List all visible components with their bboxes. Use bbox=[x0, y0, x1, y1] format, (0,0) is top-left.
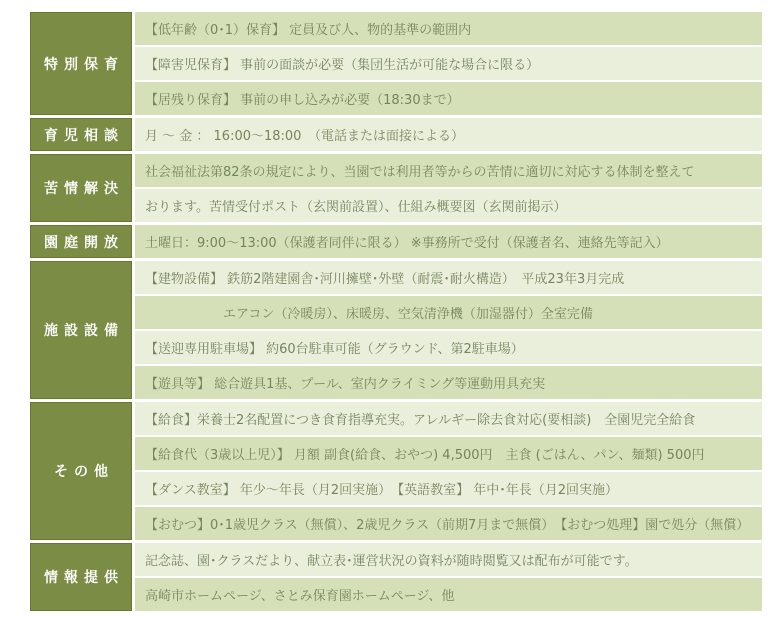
section-rows: 月 ～ 金 ： 16:00～18:00 （電話または面接による） bbox=[135, 118, 762, 151]
table-row: 【居残り保育】 事前の申し込みが必要（18:30まで） bbox=[135, 82, 762, 115]
section-header-playground-open: 園庭開放 bbox=[30, 225, 132, 258]
section-complaint-resolution: 苦情解決 社会福祉法第82条の規定により、当園では利用者等からの苦情に適切に対応… bbox=[30, 154, 762, 222]
table-row: 【ダンス教室】 年少～年長（月2回実施） 【英語教室】 年中･年長（月2回実施） bbox=[135, 472, 762, 505]
section-rows: 社会福祉法第82条の規定により、当園では利用者等からの苦情に適切に対応する体制を… bbox=[135, 154, 762, 222]
section-playground-open: 園庭開放 土曜日：9:00～13:00（保護者同伴に限る） ※事務所で受付（保護… bbox=[30, 225, 762, 258]
table-row: おります。苦情受付ポスト（玄関前設置）、仕組み概要図（玄関前掲示） bbox=[135, 189, 762, 222]
table-row: 高崎市ホームページ、さとみ保育園ホームページ、他 bbox=[135, 578, 762, 611]
section-rows: 【建物設備】 鉄筋2階建園舎･河川擁壁･外壁（耐震･耐火構造） 平成23年3月完… bbox=[135, 261, 762, 399]
section-others: その他 【給食】栄養士2名配置につき食育指導充実。アレルギー除去食対応(要相談)… bbox=[30, 402, 762, 540]
section-header-childcare-consultation: 育児相談 bbox=[30, 118, 132, 151]
section-header-complaint-resolution: 苦情解決 bbox=[30, 154, 132, 222]
nursery-info-table: 特別保育 【低年齢（0･1）保育】 定員及び人、物的基準の範囲内 【障害児保育】… bbox=[30, 12, 762, 611]
section-rows: 記念誌、園･クラスだより、献立表･運営状況の資料が随時閲覧又は配布が可能です。 … bbox=[135, 543, 762, 611]
table-row: 【建物設備】 鉄筋2階建園舎･河川擁壁･外壁（耐震･耐火構造） 平成23年3月完… bbox=[135, 261, 762, 294]
section-header-special-childcare: 特別保育 bbox=[30, 12, 132, 115]
section-header-facilities: 施設設備 bbox=[30, 261, 132, 399]
table-row: 【障害児保育】 事前の面談が必要（集団生活が可能な場合に限る） bbox=[135, 47, 762, 80]
table-row: エアコン（冷暖房）、床暖房、空気清浄機（加湿器付）全室完備 bbox=[135, 296, 762, 329]
table-row: 【送迎専用駐車場】 約60台駐車可能（グラウンド、第2駐車場） bbox=[135, 331, 762, 364]
table-row: 土曜日：9:00～13:00（保護者同伴に限る） ※事務所で受付（保護者名、連絡… bbox=[135, 225, 762, 258]
section-rows: 土曜日：9:00～13:00（保護者同伴に限る） ※事務所で受付（保護者名、連絡… bbox=[135, 225, 762, 258]
section-information: 情報提供 記念誌、園･クラスだより、献立表･運営状況の資料が随時閲覧又は配布が可… bbox=[30, 543, 762, 611]
section-facilities: 施設設備 【建物設備】 鉄筋2階建園舎･河川擁壁･外壁（耐震･耐火構造） 平成2… bbox=[30, 261, 762, 399]
table-row: 記念誌、園･クラスだより、献立表･運営状況の資料が随時閲覧又は配布が可能です。 bbox=[135, 543, 762, 576]
table-row: 社会福祉法第82条の規定により、当園では利用者等からの苦情に適切に対応する体制を… bbox=[135, 154, 762, 187]
table-row: 【給食】栄養士2名配置につき食育指導充実。アレルギー除去食対応(要相談) 全園児… bbox=[135, 402, 762, 435]
section-header-information: 情報提供 bbox=[30, 543, 132, 611]
table-row: 【遊具等】 総合遊具1基、プール、室内クライミング等運動用具充実 bbox=[135, 366, 762, 399]
section-rows: 【低年齢（0･1）保育】 定員及び人、物的基準の範囲内 【障害児保育】 事前の面… bbox=[135, 12, 762, 115]
section-childcare-consultation: 育児相談 月 ～ 金 ： 16:00～18:00 （電話または面接による） bbox=[30, 118, 762, 151]
section-rows: 【給食】栄養士2名配置につき食育指導充実。アレルギー除去食対応(要相談) 全園児… bbox=[135, 402, 762, 540]
section-header-others: その他 bbox=[30, 402, 132, 540]
table-row: 月 ～ 金 ： 16:00～18:00 （電話または面接による） bbox=[135, 118, 762, 151]
table-row: 【給食代（3歳以上児）】 月額 副食(給食、おやつ) 4,500円 主食 (ごは… bbox=[135, 437, 762, 470]
section-special-childcare: 特別保育 【低年齢（0･1）保育】 定員及び人、物的基準の範囲内 【障害児保育】… bbox=[30, 12, 762, 115]
table-row: 【おむつ】0･1歳児クラス（無償）、2歳児クラス（前期7月まで無償） 【おむつ処… bbox=[135, 507, 762, 540]
table-row: 【低年齢（0･1）保育】 定員及び人、物的基準の範囲内 bbox=[135, 12, 762, 45]
